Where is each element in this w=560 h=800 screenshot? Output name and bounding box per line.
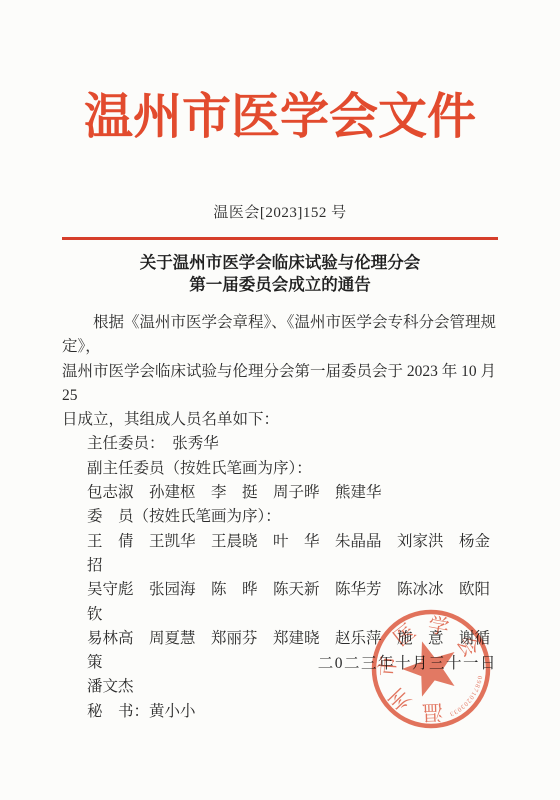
red-divider-line [62,237,498,240]
document-page: 温州市医学会文件 温医会[2023]152 号 关于温州市医学会临床试验与伦理分… [0,0,560,800]
roster-line: 吴守彪 张园海 陈 晔 陈天新 陈华芳 陈冰冰 欧阳钦 [62,578,502,627]
document-number: 温医会[2023]152 号 [0,201,560,222]
notice-title-line1: 关于温州市医学会临床试验与伦理分会 [0,252,560,274]
document-date: 二0二三年十月三十一日 [318,651,497,673]
roster-line: 副主任委员（按姓氏笔画为序）： [62,457,502,481]
paragraph-line: 日成立，其组成人员名单如下： [62,408,502,432]
roster-line: 秘 书：黄小小 [62,700,502,724]
intro-paragraph: 根据《温州市医学会章程》、《温州市医学会专科分会管理规定》，温州市医学会临床试验… [62,311,502,432]
roster-line: 主任委员： 张秀华 [62,432,502,456]
paragraph-line: 根据《温州市医学会章程》、《温州市医学会专科分会管理规定》， [62,311,502,360]
committee-roster: 主任委员： 张秀华副主任委员（按姓氏笔画为序）：包志淑 孙建枢 李 挺 周子晔 … [62,432,502,724]
notice-title-line2: 第一届委员会成立的通告 [0,274,560,296]
roster-line: 王 倩 王凯华 王晨晓 叶 华 朱晶晶 刘家洪 杨金招 [62,530,502,579]
notice-title: 关于温州市医学会临床试验与伦理分会 第一届委员会成立的通告 [0,252,560,296]
paragraph-line: 温州市医学会临床试验与伦理分会第一届委员会于 2023 年 10 月 25 [62,360,502,409]
roster-line: 潘文杰 [62,675,502,699]
roster-line: 包志淑 孙建枢 李 挺 周子晔 熊建华 [62,481,502,505]
letterhead-title: 温州市医学会文件 [0,90,560,144]
roster-line: 委 员（按姓氏笔画为序）： [62,505,502,529]
